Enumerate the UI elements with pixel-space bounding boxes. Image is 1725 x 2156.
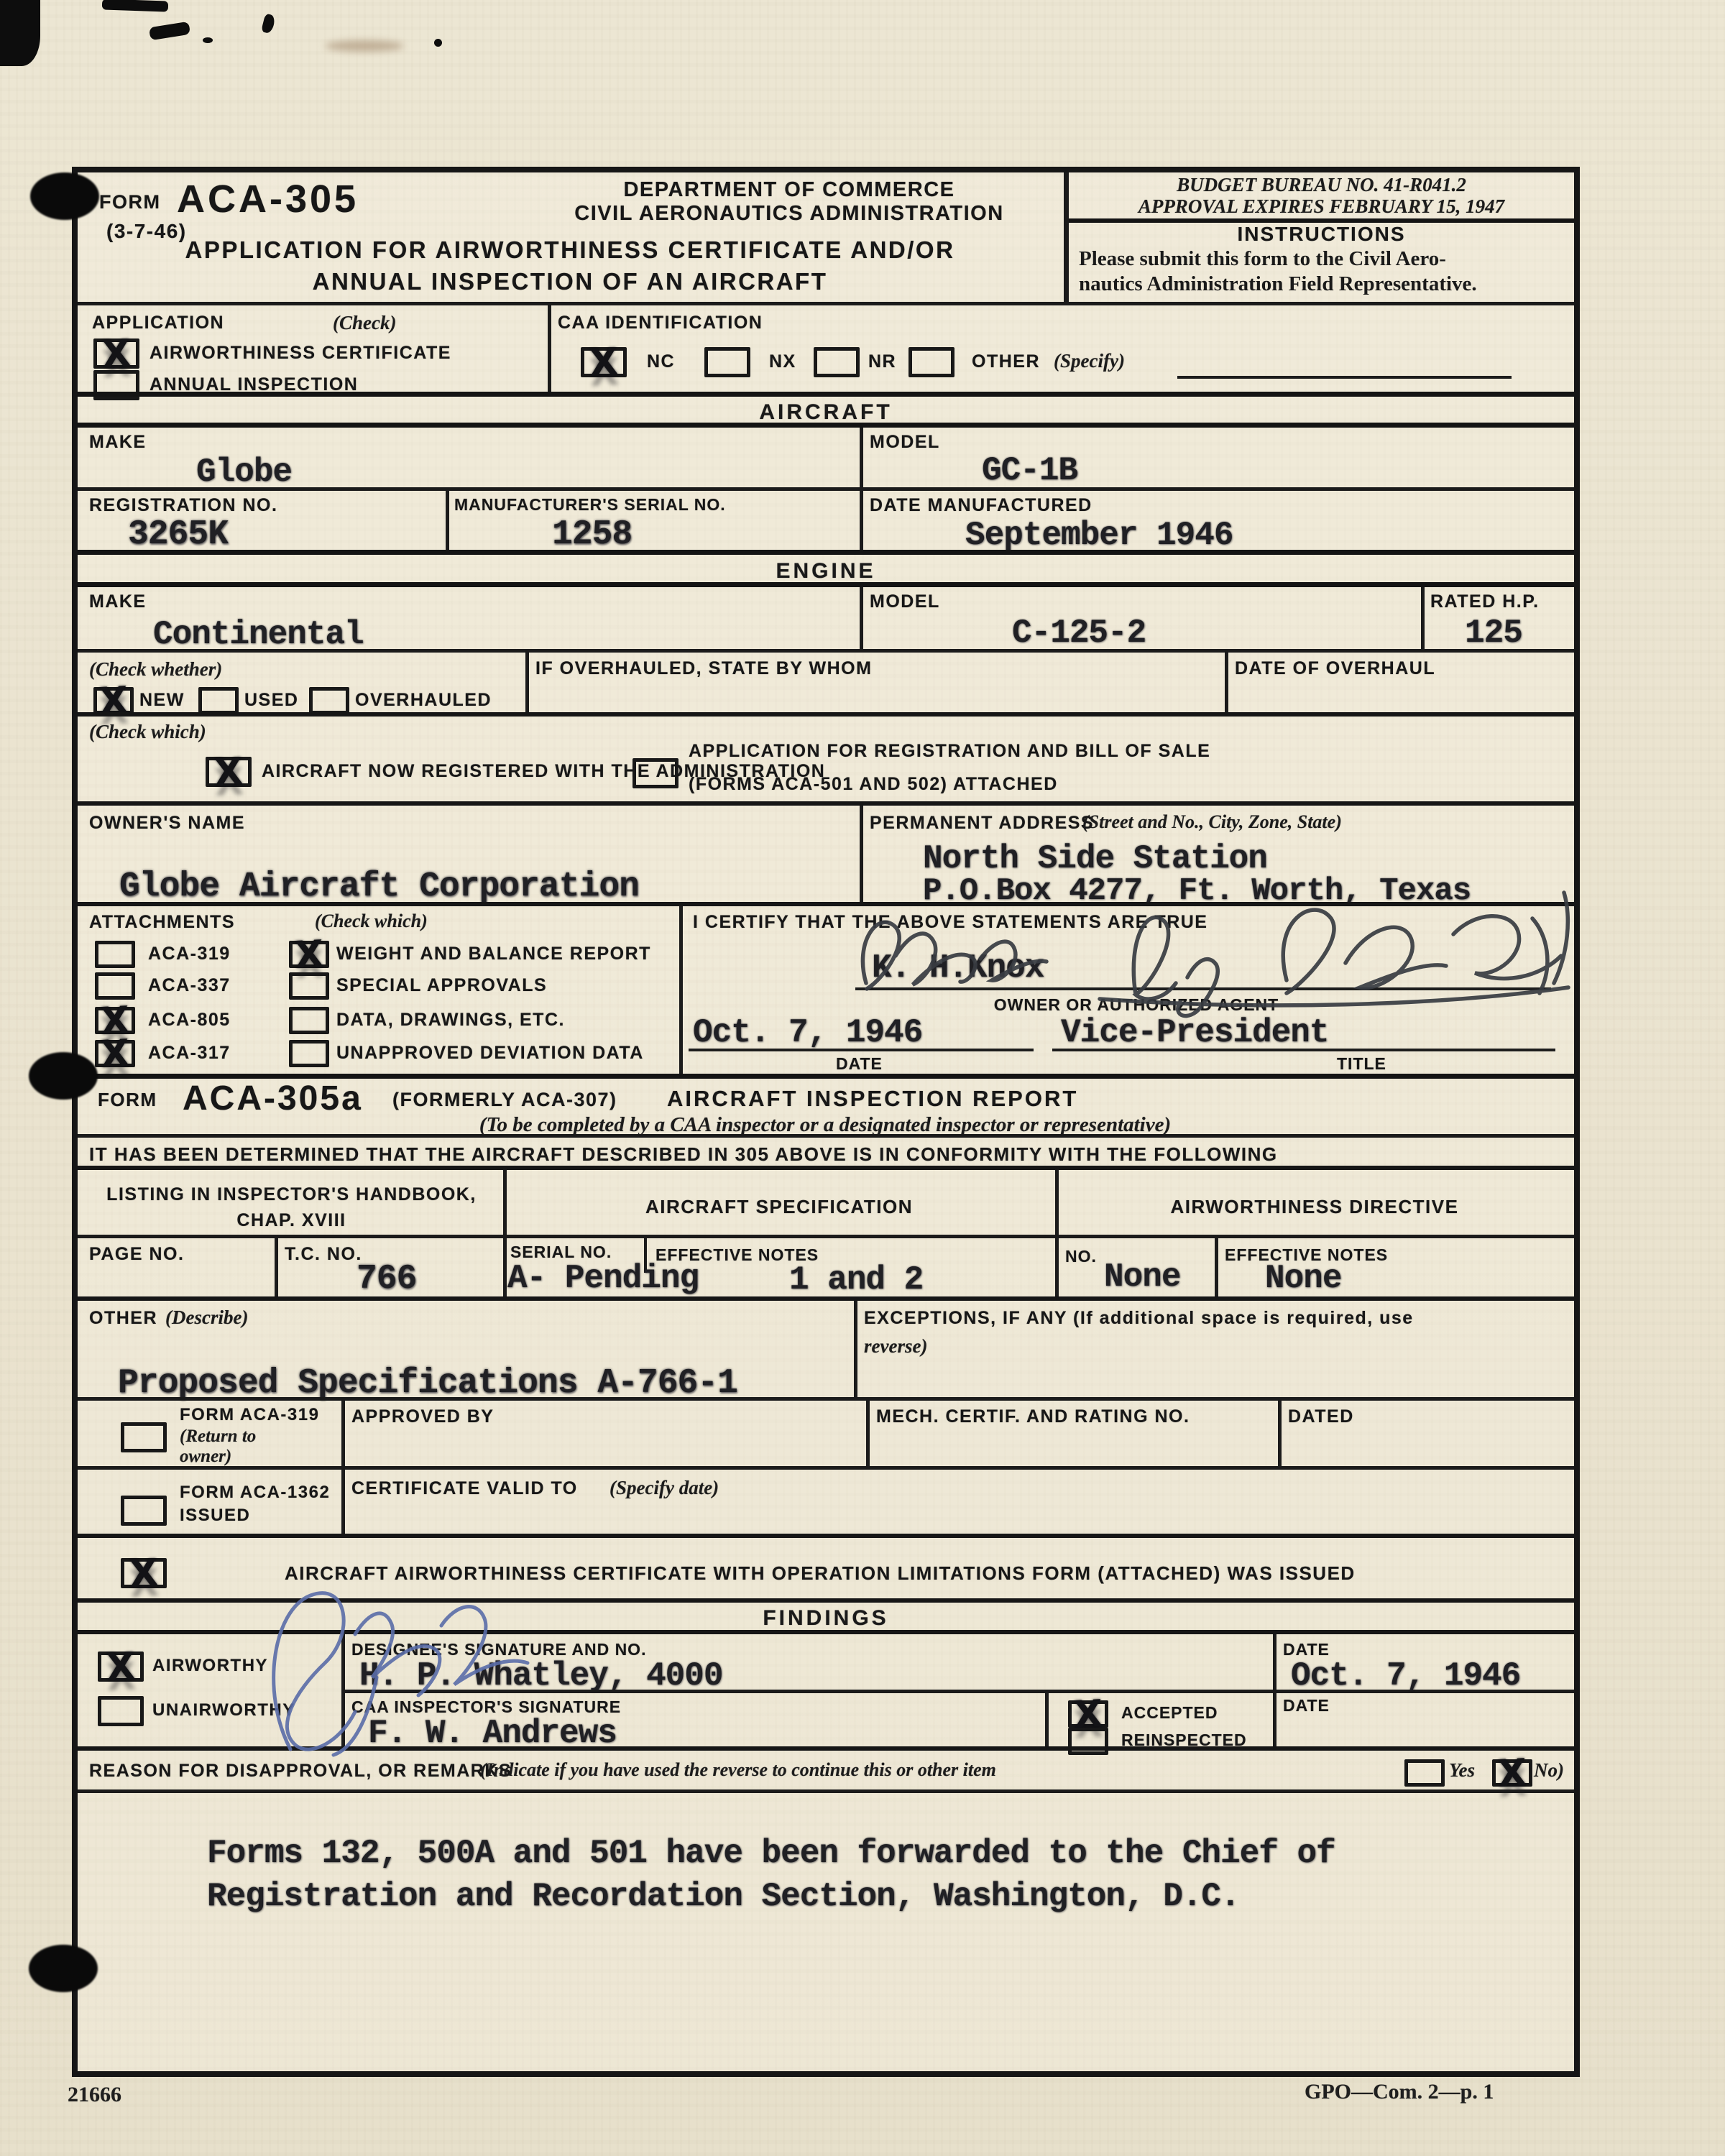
remarks-body: Forms 132, 500A and 501 have been forwar… bbox=[78, 1789, 1574, 2071]
engine-section-title: ENGINE bbox=[78, 559, 1574, 584]
data-drawings-label: DATA, DRAWINGS, ETC. bbox=[336, 1010, 565, 1031]
remarks-line2: Registration and Recordation Section, Wa… bbox=[207, 1878, 1240, 1915]
engine-make-row: MAKE Continental MODEL C-125-2 RATED H.P… bbox=[78, 582, 1574, 649]
date-line bbox=[689, 1049, 1034, 1051]
certificate-valid-label: CERTIFICATE VALID TO bbox=[351, 1478, 578, 1499]
registration-value: 3265K bbox=[128, 515, 228, 554]
unapproved-deviation-label: UNAPPROVED DEVIATION DATA bbox=[336, 1043, 644, 1064]
overhauled-label: OVERHAULED bbox=[355, 690, 492, 711]
form-word: FORM bbox=[99, 191, 160, 213]
exceptions-line2: reverse) bbox=[864, 1335, 927, 1358]
determination-row: IT HAS BEEN DETERMINED THAT THE AIRCRAFT… bbox=[78, 1134, 1574, 1166]
check-which-label: (Check which) bbox=[89, 721, 206, 743]
scanned-form-aca-305: FORM ACA-305 (3-7-46) DEPARTMENT OF COMM… bbox=[0, 0, 1725, 2156]
aca1362-row: FORM ACA-1362 ISSUED CERTIFICATE VALID T… bbox=[78, 1466, 1574, 1534]
aircraft-model-value: GC-1B bbox=[982, 452, 1077, 489]
findings-date1-label: DATE bbox=[1283, 1640, 1330, 1659]
airworthiness-certificate-label: AIRWORTHINESS CERTIFICATE bbox=[149, 343, 451, 364]
application-label: APPLICATION bbox=[92, 313, 224, 333]
aca-317-label: ACA-317 bbox=[148, 1043, 231, 1064]
nr-label: NR bbox=[868, 351, 896, 372]
scan-smear bbox=[325, 40, 404, 52]
scan-corner-blotch bbox=[0, 0, 40, 66]
data-drawings-checkbox bbox=[289, 1007, 329, 1034]
overhaul-date-label: DATE OF OVERHAUL bbox=[1235, 658, 1435, 679]
bill-of-sale-line1: APPLICATION FOR REGISTRATION AND BILL OF… bbox=[689, 741, 1210, 762]
form-aca-319-checkbox bbox=[121, 1422, 167, 1452]
reason-label: REASON FOR DISAPPROVAL, OR REMARKS bbox=[89, 1761, 512, 1782]
form-aca-319-note1: (Return to bbox=[180, 1427, 256, 1447]
aca-319-label: ACA-319 bbox=[148, 944, 231, 964]
aca-805-checkbox: X bbox=[95, 1007, 135, 1034]
305a-form-number: ACA-305a bbox=[183, 1079, 363, 1118]
approved-by-label: APPROVED BY bbox=[351, 1406, 494, 1427]
address-line1: North Side Station bbox=[923, 840, 1267, 877]
listing-header-line2: CHAP. XVIII bbox=[85, 1210, 498, 1231]
department-heading: DEPARTMENT OF COMMERCE CIVIL AERONAUTICS… bbox=[516, 178, 1062, 226]
directive-header: AIRWORTHINESS DIRECTIVE bbox=[1061, 1196, 1568, 1218]
attachments-note: (Check which) bbox=[315, 911, 428, 932]
signature-designee bbox=[231, 1568, 540, 1761]
conformity-values-row: PAGE NO. T.C. NO. 766 SERIAL NO. EFFECTI… bbox=[78, 1235, 1574, 1296]
aircraft-section-bar: AIRCRAFT bbox=[78, 392, 1574, 423]
registered-checkbox: X bbox=[206, 757, 252, 787]
new-checkbox: X bbox=[93, 687, 134, 714]
caa-identification-label: CAA IDENTIFICATION bbox=[558, 313, 763, 333]
rated-hp-label: RATED H.P. bbox=[1430, 591, 1540, 612]
aircraft-section-title: AIRCRAFT bbox=[78, 400, 1574, 425]
aca-337-checkbox bbox=[95, 972, 135, 1000]
conformity-header-row: LISTING IN INSPECTOR'S HANDBOOK, CHAP. X… bbox=[78, 1166, 1574, 1235]
directive-no-label: NO. bbox=[1065, 1247, 1097, 1266]
aircraft-registration-row: REGISTRATION NO. 3265K MANUFACTURER'S SE… bbox=[78, 487, 1574, 550]
owner-row: OWNER'S NAME Globe Aircraft Corporation … bbox=[78, 801, 1574, 902]
footer-serial: 21666 bbox=[68, 2083, 121, 2107]
serial-no-value: A- Pending bbox=[507, 1260, 699, 1297]
remarks-line1: Forms 132, 500A and 501 have been forwar… bbox=[207, 1835, 1335, 1872]
inspection-report-title: AIRCRAFT INSPECTION REPORT bbox=[667, 1086, 1078, 1112]
application-row: APPLICATION (Check) X AIRWORTHINESS CERT… bbox=[78, 302, 1574, 392]
check-whether-label: (Check whether) bbox=[89, 658, 222, 681]
305a-form-word: FORM bbox=[98, 1089, 157, 1111]
certificate-valid-note: (Specify date) bbox=[609, 1477, 719, 1499]
weight-balance-checkbox: X bbox=[289, 941, 329, 968]
overhauled-by-label: IF OVERHAULED, STATE BY WHOM bbox=[535, 658, 872, 679]
punch-hole bbox=[30, 172, 99, 220]
aircraft-make-label: MAKE bbox=[89, 432, 147, 453]
rated-hp-value: 125 bbox=[1465, 614, 1522, 652]
nr-checkbox bbox=[814, 347, 860, 377]
serial-label: MANUFACTURER'S SERIAL NO. bbox=[454, 495, 726, 515]
form-title: APPLICATION FOR AIRWORTHINESS CERTIFICAT… bbox=[157, 234, 983, 298]
engine-condition-row: (Check whether) X NEW USED OVERHAULED IF… bbox=[78, 649, 1574, 712]
effective-notes-value: 1 and 2 bbox=[789, 1261, 923, 1299]
serial-value: 1258 bbox=[552, 515, 632, 554]
permanent-address-label: PERMANENT ADDRESS bbox=[870, 813, 1094, 834]
reverse-yes-label: Yes bbox=[1449, 1759, 1475, 1782]
aca-805-label: ACA-805 bbox=[148, 1010, 231, 1031]
other-describe-note: (Describe) bbox=[165, 1307, 248, 1329]
305a-formerly: (FORMERLY ACA-307) bbox=[392, 1089, 617, 1111]
other-label: OTHER bbox=[972, 351, 1040, 372]
directive-no-value: None bbox=[1104, 1258, 1180, 1296]
spec-header: AIRCRAFT SPECIFICATION bbox=[509, 1196, 1049, 1218]
scan-mark bbox=[261, 14, 276, 34]
budget-bureau-box: BUDGET BUREAU NO. 41-R041.2 APPROVAL EXP… bbox=[1069, 172, 1574, 223]
nc-checkbox: X bbox=[581, 347, 627, 377]
weight-balance-label: WEIGHT AND BALANCE REPORT bbox=[336, 944, 651, 964]
engine-section-bar: ENGINE bbox=[78, 550, 1574, 582]
permanent-address-note: (Street and No., City, Zone, State) bbox=[1082, 811, 1342, 833]
unairworthy-checkbox bbox=[98, 1696, 144, 1726]
exceptions-line1: EXCEPTIONS, IF ANY (If additional space … bbox=[864, 1308, 1414, 1329]
findings-date2-label: DATE bbox=[1283, 1696, 1330, 1715]
registration-status-row: (Check which) X AIRCRAFT NOW REGISTERED … bbox=[78, 712, 1574, 801]
aca-337-label: ACA-337 bbox=[148, 975, 231, 996]
serial-no-label: SERIAL NO. bbox=[510, 1243, 612, 1262]
engine-make-value: Continental bbox=[153, 616, 364, 653]
reverse-no-checkbox: X bbox=[1492, 1759, 1532, 1787]
directive-notes-value: None bbox=[1265, 1260, 1341, 1297]
certify-title-label: TITLE bbox=[1337, 1054, 1386, 1074]
form-aca-1362-issued: ISSUED bbox=[180, 1506, 250, 1526]
engine-model-value: C-125-2 bbox=[1012, 614, 1146, 652]
aircraft-make-row: MAKE Globe MODEL GC-1B bbox=[78, 423, 1574, 487]
certify-date-value: Oct. 7, 1946 bbox=[693, 1014, 922, 1051]
form-border: FORM ACA-305 (3-7-46) DEPARTMENT OF COMM… bbox=[72, 167, 1580, 2077]
unapproved-deviation-checkbox bbox=[289, 1040, 329, 1067]
certify-title-value: Vice-President bbox=[1061, 1014, 1328, 1051]
accepted-label: ACCEPTED bbox=[1121, 1703, 1218, 1723]
instructions-box: INSTRUCTIONS Please submit this form to … bbox=[1069, 223, 1574, 302]
header-row: FORM ACA-305 (3-7-46) DEPARTMENT OF COMM… bbox=[78, 172, 1574, 302]
aircraft-make-value: Globe bbox=[196, 453, 292, 491]
scan-mark bbox=[203, 37, 213, 43]
form-aca-319-note2: owner) bbox=[180, 1447, 231, 1467]
reverse-yes-checkbox bbox=[1404, 1759, 1445, 1787]
nx-label: NX bbox=[769, 351, 796, 372]
scan-mark bbox=[149, 22, 190, 41]
dated-label: DATED bbox=[1288, 1406, 1354, 1427]
owner-name-label: OWNER'S NAME bbox=[89, 813, 245, 834]
registration-label: REGISTRATION NO. bbox=[89, 495, 277, 516]
scan-mark bbox=[434, 39, 442, 47]
special-approvals-checkbox bbox=[289, 972, 329, 1000]
aca-319-checkbox bbox=[95, 941, 135, 968]
page-no-label: PAGE NO. bbox=[89, 1244, 184, 1265]
date-manufactured-label: DATE MANUFACTURED bbox=[870, 495, 1092, 516]
nx-checkbox bbox=[704, 347, 750, 377]
attachments-label: ATTACHMENTS bbox=[89, 912, 235, 933]
form-number: ACA-305 bbox=[177, 177, 359, 221]
other-note: (Specify) bbox=[1054, 350, 1125, 372]
aca-317-checkbox: X bbox=[95, 1040, 135, 1067]
accepted-checkbox: X bbox=[1068, 1700, 1108, 1728]
other-describe-label: OTHER bbox=[89, 1308, 157, 1329]
new-label: NEW bbox=[139, 690, 185, 711]
application-note: (Check) bbox=[333, 312, 396, 334]
certificate-issued-checkbox: X bbox=[121, 1558, 167, 1588]
airworthy-checkbox: X bbox=[98, 1651, 144, 1682]
punch-hole bbox=[29, 1945, 98, 1992]
other-row: OTHER (Describe) Proposed Specifications… bbox=[78, 1296, 1574, 1397]
footer-gpo: GPO—Com. 2—p. 1 bbox=[1305, 2080, 1494, 2104]
punch-hole bbox=[29, 1052, 98, 1100]
bill-of-sale-checkbox bbox=[632, 758, 678, 788]
reverse-no-label: No) bbox=[1534, 1759, 1564, 1782]
form-aca-1362-checkbox bbox=[121, 1496, 167, 1526]
form-aca-1362-label: FORM ACA-1362 bbox=[180, 1483, 330, 1503]
certify-date-label: DATE bbox=[836, 1054, 883, 1074]
findings-date1-value: Oct. 7, 1946 bbox=[1291, 1657, 1520, 1695]
mech-certif-label: MECH. CERTIF. AND RATING NO. bbox=[876, 1406, 1190, 1427]
aircraft-model-label: MODEL bbox=[870, 432, 940, 453]
nc-label: NC bbox=[647, 351, 675, 372]
determination-text: IT HAS BEEN DETERMINED THAT THE AIRCRAFT… bbox=[89, 1143, 1278, 1166]
title-line bbox=[1052, 1049, 1555, 1051]
engine-make-label: MAKE bbox=[89, 591, 147, 612]
aca319-return-row: FORM ACA-319 (Return to owner) APPROVED … bbox=[78, 1397, 1574, 1466]
date-manufactured-value: September 1946 bbox=[965, 517, 1233, 554]
inspection-report-header: FORM ACA-305a (FORMERLY ACA-307) AIRCRAF… bbox=[78, 1074, 1574, 1134]
tc-no-value: 766 bbox=[356, 1260, 416, 1299]
owner-name-value: Globe Aircraft Corporation bbox=[119, 867, 639, 906]
signature-owner-agent bbox=[827, 890, 1574, 1019]
other-checkbox bbox=[908, 347, 954, 377]
special-approvals-label: SPECIAL APPROVALS bbox=[336, 975, 547, 996]
bill-of-sale-line2: (FORMS ACA-501 AND 502) ATTACHED bbox=[689, 774, 1058, 795]
listing-header-line1: LISTING IN INSPECTOR'S HANDBOOK, bbox=[85, 1184, 498, 1205]
airworthiness-certificate-checkbox: X bbox=[93, 338, 139, 369]
used-checkbox bbox=[198, 687, 239, 714]
engine-model-label: MODEL bbox=[870, 591, 940, 612]
used-label: USED bbox=[244, 690, 298, 711]
tc-no-label: T.C. NO. bbox=[285, 1244, 362, 1265]
other-blank-line bbox=[1177, 376, 1512, 379]
reason-note: (Indicate if you have used the reverse t… bbox=[480, 1759, 996, 1781]
form-aca-319-label: FORM ACA-319 bbox=[180, 1405, 319, 1425]
overhauled-checkbox bbox=[309, 687, 349, 714]
scan-mark bbox=[102, 0, 168, 12]
